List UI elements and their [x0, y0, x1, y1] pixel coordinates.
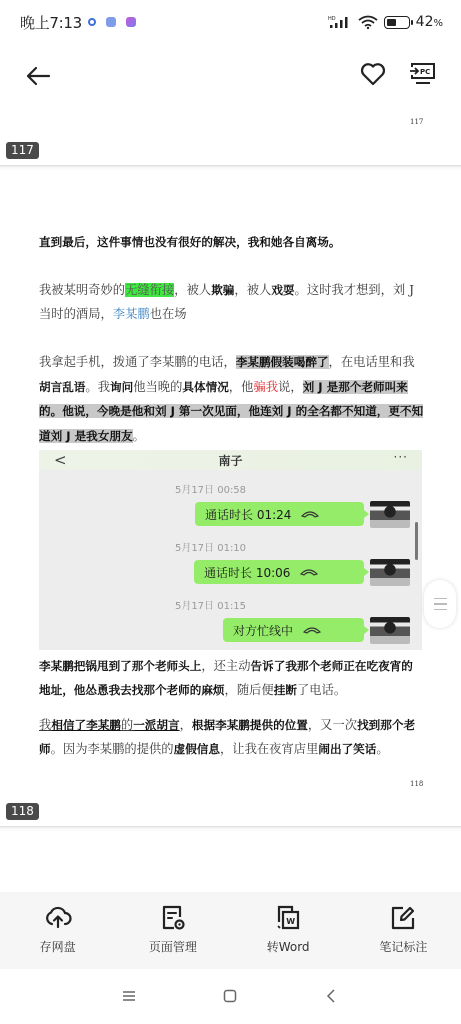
paragraph: 我拿起手机，拨通了李某鹏的电话，李某鹏假装喝醉了，在电话里和我胡言乱语。我询问他… — [39, 350, 424, 448]
page-badge: 118 — [6, 803, 39, 820]
home-square-icon — [223, 989, 237, 1003]
side-drawer-handle[interactable] — [424, 580, 456, 628]
signal-icon: HD — [328, 15, 352, 29]
notification-ring-icon — [88, 18, 96, 26]
highlight-blue[interactable]: 李某鹏 — [113, 307, 150, 321]
svg-text:W: W — [286, 917, 295, 926]
system-nav-bar — [0, 969, 461, 1024]
paragraph: 我被某明奇妙的无缝衔接，被人欺骗，被人戏耍。这时我才想到，刘 J 当时的酒局，李… — [39, 278, 424, 326]
page-number-footer: 118 — [410, 780, 423, 788]
page-separator — [0, 826, 461, 832]
status-time: 晚上7:13 — [20, 12, 82, 33]
recent-apps-button[interactable] — [116, 983, 142, 1009]
call-bubble: 通话时长 10:06 — [194, 560, 364, 584]
phone-hangup-icon — [301, 510, 319, 518]
back-chevron-icon — [326, 989, 336, 1003]
system-back-button[interactable] — [318, 983, 344, 1009]
bottom-toolbar: 存网盘 页面管理 W 转Word 笔记标注 — [0, 892, 461, 969]
highlight-green[interactable]: 无缝衔接 — [125, 283, 174, 297]
paragraph: 李某鹏把锅甩到了那个老师头上，还主动告诉了我那个老师正在吃夜宵的地址，他怂恿我去… — [39, 654, 424, 702]
menu-icon — [122, 990, 136, 1002]
battery-percent: 42% — [416, 14, 443, 30]
home-button[interactable] — [217, 983, 243, 1009]
avatar — [370, 559, 410, 586]
app-bar: PC — [0, 50, 461, 102]
highlight-gray[interactable]: 李某鹏假装喝醉了 — [236, 355, 329, 369]
chat-timestamp: 5月17日 00:58 — [39, 481, 402, 496]
page-badge: 117 — [6, 142, 39, 159]
more-icon: ··· — [394, 450, 408, 464]
edit-note-icon — [389, 904, 417, 932]
page-management-button[interactable]: 页面管理 — [115, 892, 230, 969]
notification-app-icon — [126, 17, 136, 27]
note-annotation-button[interactable]: 笔记标注 — [346, 892, 461, 969]
heart-icon — [360, 62, 386, 86]
page-settings-icon — [159, 904, 187, 932]
call-bubble: 通话时长 01:24 — [195, 502, 364, 526]
chat-scrollbar — [415, 522, 418, 560]
monitor-pc-icon: PC — [409, 61, 437, 87]
cloud-upload-icon — [44, 904, 72, 932]
highlight-red[interactable]: 骗我 — [253, 380, 278, 394]
chat-header: < 南子 ··· — [39, 450, 422, 470]
wifi-icon — [358, 15, 378, 29]
avatar — [370, 617, 410, 644]
convert-to-word-button[interactable]: W 转Word — [231, 892, 346, 969]
arrow-left-icon — [25, 65, 51, 87]
send-to-pc-button[interactable]: PC — [405, 56, 441, 92]
word-convert-icon: W — [274, 904, 302, 932]
favorite-button[interactable] — [355, 56, 391, 92]
svg-text:PC: PC — [420, 68, 430, 76]
chat-timestamp: 5月17日 01:10 — [39, 539, 402, 554]
chat-title: 南子 — [39, 452, 422, 469]
highlight-red[interactable]: 闹出了笑话 — [318, 742, 376, 756]
battery-icon — [384, 16, 410, 29]
page-separator — [0, 165, 461, 171]
save-to-cloud-button[interactable]: 存网盘 — [0, 892, 115, 969]
notification-app-icon — [106, 17, 116, 27]
page-number-footer: 117 — [410, 118, 423, 126]
status-bar: 晚上7:13 HD 42% — [0, 0, 461, 44]
phone-hangup-icon — [300, 568, 318, 576]
chat-screenshot-image: < 南子 ··· 5月17日 00:58 通话时长 01:24 5月17日 01… — [39, 450, 422, 650]
phone-hangup-icon — [303, 626, 321, 634]
paragraph: 我相信了李某鹏的一派胡言，根据李某鹏提供的位置，又一次找到那个老师。因为李某鹏的… — [39, 713, 424, 761]
svg-text:HD: HD — [328, 16, 336, 22]
avatar — [370, 501, 410, 528]
chat-timestamp: 5月17日 01:15 — [39, 597, 402, 612]
call-bubble: 对方忙线中 — [223, 618, 364, 642]
back-button[interactable] — [20, 58, 56, 94]
paragraph: 直到最后，这件事情也没有很好的解决，我和她各自离场。 — [39, 230, 424, 254]
